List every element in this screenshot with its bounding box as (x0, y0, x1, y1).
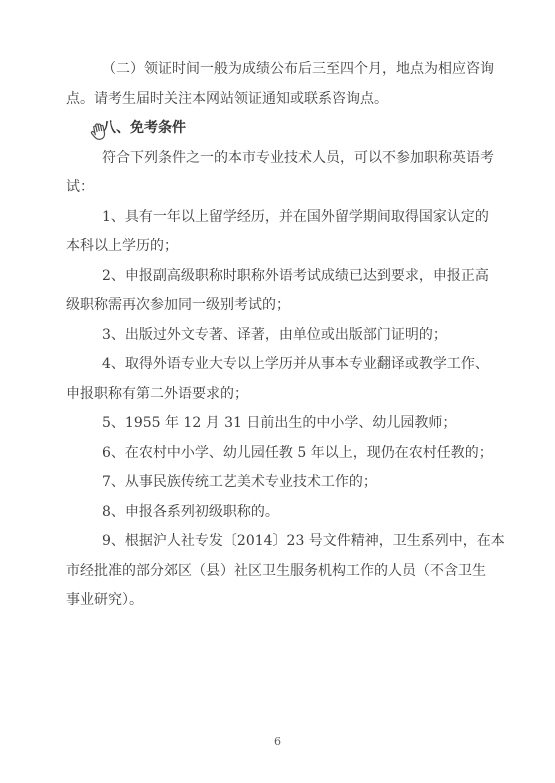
text-line: 4、取得外语专业大专以上学历并从事本专业翻译或教学工作、 (66, 350, 494, 380)
text-line: 8、申报各系列初级职称的。 (66, 498, 494, 528)
text-line: 事业研究）。 (66, 586, 494, 616)
text-line: 3、出版过外文专著、译著，由单位或出版部门证明的； (66, 321, 494, 351)
text-line: 9、根据沪人社专发〔2014〕23 号文件精神，卫生系列中，在本 (66, 527, 494, 557)
text-line: 申报职称有第二外语要求的； (66, 380, 494, 410)
text-line: 1、具有一年以上留学经历，并在国外留学期间取得国家认定的 (66, 203, 494, 233)
text-line: 5、1955 年 12 月 31 日前出生的中小学、幼儿园教师； (66, 409, 494, 439)
text-line: 符合下列条件之一的本市专业技术人员，可以不参加职称英语考 (66, 144, 494, 174)
text-line: 点。请考生届时关注本网站领证通知或联系咨询点。 (66, 85, 494, 115)
page-number: 6 (0, 735, 555, 748)
text-line: 级职称需再次参加同一级别考试的； (66, 291, 494, 321)
text-line: 7、从事民族传统工艺美术专业技术工作的； (66, 468, 494, 498)
text-line: 试： (66, 173, 494, 203)
text-line: 6、在农村中小学、幼儿园任教 5 年以上，现仍在农村任教的； (66, 439, 494, 469)
document-text-block: （二）领证时间一般为成绩公布后三至四个月，地点为相应咨询 点。请考生届时关注本网… (66, 55, 494, 616)
text-line: （二）领证时间一般为成绩公布后三至四个月，地点为相应咨询 (66, 55, 494, 85)
grab-hand-cursor-icon (86, 119, 114, 145)
document-page: （二）领证时间一般为成绩公布后三至四个月，地点为相应咨询 点。请考生届时关注本网… (0, 0, 555, 783)
text-line: 本科以上学历的； (66, 232, 494, 262)
section-heading-exemption: 八、免考条件 (66, 114, 494, 144)
text-line: 市经批准的部分郊区（县）社区卫生服务机构工作的人员（不含卫生 (66, 557, 494, 587)
text-line: 2、申报副高级职称时职称外语考试成绩已达到要求，申报正高 (66, 262, 494, 292)
